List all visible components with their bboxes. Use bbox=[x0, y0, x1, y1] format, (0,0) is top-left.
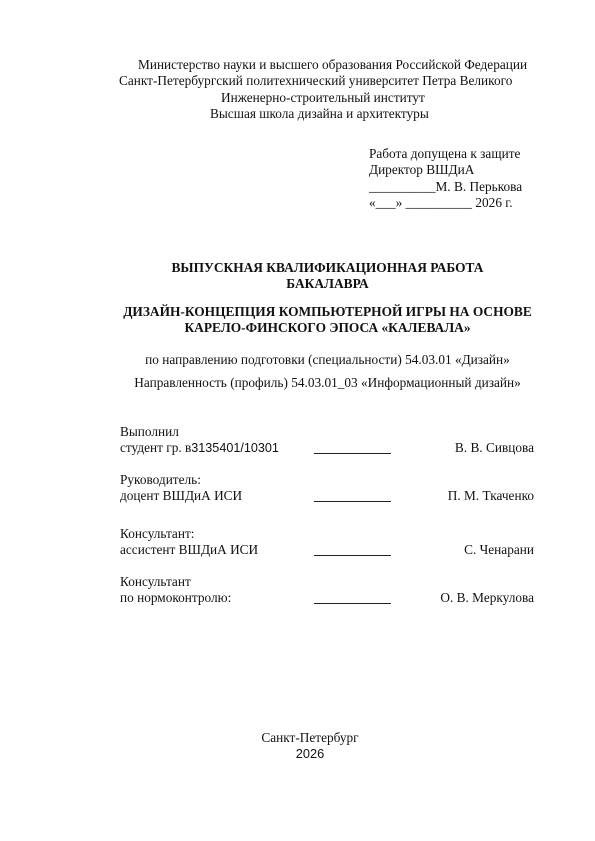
thesis-topic: ДИЗАЙН-КОНЦЕПЦИЯ КОМПЬЮТЕРНОЙ ИГРЫ НА ОС… bbox=[60, 304, 595, 336]
signature-row-norm-control: Консультант по нормоконтролю: О. В. Мерк… bbox=[120, 574, 534, 607]
ministry-line: Министерство науки и высшего образования… bbox=[100, 57, 575, 73]
signature-line bbox=[314, 453, 391, 454]
topic-line-2: КАРЕЛО-ФИНСКОГО ЭПОСА «КАЛЕВАЛА» bbox=[60, 320, 595, 336]
work-type-line-1: ВЫПУСКНАЯ КВАЛИФИКАЦИОННАЯ РАБОТА bbox=[60, 260, 595, 276]
work-type-title: ВЫПУСКНАЯ КВАЛИФИКАЦИОННАЯ РАБОТА БАКАЛА… bbox=[60, 260, 595, 292]
topic-line-1: ДИЗАЙН-КОНЦЕПЦИЯ КОМПЬЮТЕРНОЙ ИГРЫ НА ОС… bbox=[60, 304, 595, 320]
person-name: В. В. Сивцова bbox=[455, 440, 534, 456]
study-direction: по направлению подготовки (специальности… bbox=[60, 352, 595, 368]
school-line: Высшая школа дизайна и архитектуры bbox=[100, 106, 575, 122]
group-code: 3135401/10301 bbox=[191, 441, 279, 455]
approval-director-title: Директор ВШДиА bbox=[369, 162, 579, 178]
study-profile: Направленность (профиль) 54.03.01_03 «Ин… bbox=[60, 375, 595, 391]
signature-line bbox=[314, 555, 391, 556]
signature-line bbox=[314, 501, 391, 502]
university-line: Санкт-Петербургский политехнический унив… bbox=[100, 73, 575, 89]
role-label: Консультант bbox=[120, 574, 534, 590]
year: 2026 bbox=[200, 746, 420, 762]
signature-row-student: Выполнил студент гр. в3135401/10301 В. В… bbox=[120, 424, 534, 457]
footer: Санкт-Петербург 2026 bbox=[200, 730, 420, 763]
role-label: Выполнил bbox=[120, 424, 534, 440]
role-position: по нормоконтролю: bbox=[120, 590, 231, 606]
work-type-line-2: БАКАЛАВРА bbox=[60, 276, 595, 292]
approval-date: «___» __________ 2026 г. bbox=[369, 195, 579, 211]
signature-line bbox=[314, 603, 391, 604]
institution-header: Министерство науки и высшего образования… bbox=[100, 57, 575, 123]
city: Санкт-Петербург bbox=[200, 730, 420, 746]
approval-statement: Работа допущена к защите bbox=[369, 146, 579, 162]
person-name: С. Ченарани bbox=[464, 542, 534, 558]
role-label: Руководитель: bbox=[120, 472, 534, 488]
signature-row-supervisor: Руководитель: доцент ВШДиА ИСИ П. М. Тка… bbox=[120, 472, 534, 505]
approval-director-signature: __________М. В. Перькова bbox=[369, 179, 579, 195]
role-position: доцент ВШДиА ИСИ bbox=[120, 488, 242, 504]
role-position: ассистент ВШДиА ИСИ bbox=[120, 542, 258, 558]
role-position: студент гр. в3135401/10301 bbox=[120, 440, 279, 456]
person-name: П. М. Ткаченко bbox=[448, 488, 534, 504]
approval-block: Работа допущена к защите Директор ВШДиА … bbox=[369, 146, 579, 212]
signature-row-consultant: Консультант: ассистент ВШДиА ИСИ С. Чена… bbox=[120, 526, 534, 559]
person-name: О. В. Меркулова bbox=[440, 590, 534, 606]
role-label: Консультант: bbox=[120, 526, 534, 542]
institute-line: Инженерно-строительный институт bbox=[100, 90, 575, 106]
